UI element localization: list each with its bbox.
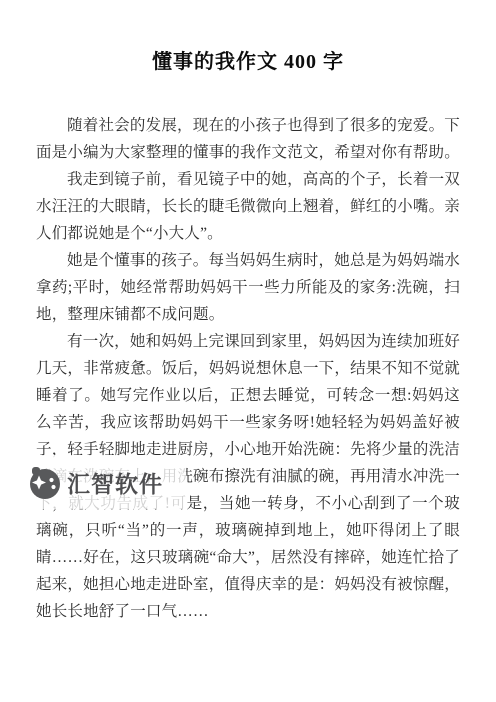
gamepad-icon	[26, 464, 62, 500]
watermark: 汇智软件	[26, 455, 186, 509]
document-page: 懂事的我作文 400 字 随着社会的发展，现在的小孩子也得到了很多的宠爱。下面是…	[0, 0, 496, 702]
paragraph-intro: 随着社会的发展，现在的小孩子也得到了很多的宠爱。下面是小编为大家整理的懂事的我作…	[36, 112, 460, 166]
document-title: 懂事的我作文 400 字	[0, 0, 496, 76]
paragraph-mirror-description: 我走到镜子前，看见镜子中的她，高高的个子，长着一双水汪汪的大眼睛，长长的睫毛微微…	[36, 166, 460, 247]
document-body: 随着社会的发展，现在的小孩子也得到了很多的宠爱。下面是小编为大家整理的懂事的我作…	[36, 112, 460, 625]
paragraph-sensible-child: 她是个懂事的孩子。每当妈妈生病时，她总是为妈妈端水拿药;平时，她经常帮助妈妈干一…	[36, 247, 460, 328]
watermark-label: 汇智软件	[67, 466, 163, 499]
